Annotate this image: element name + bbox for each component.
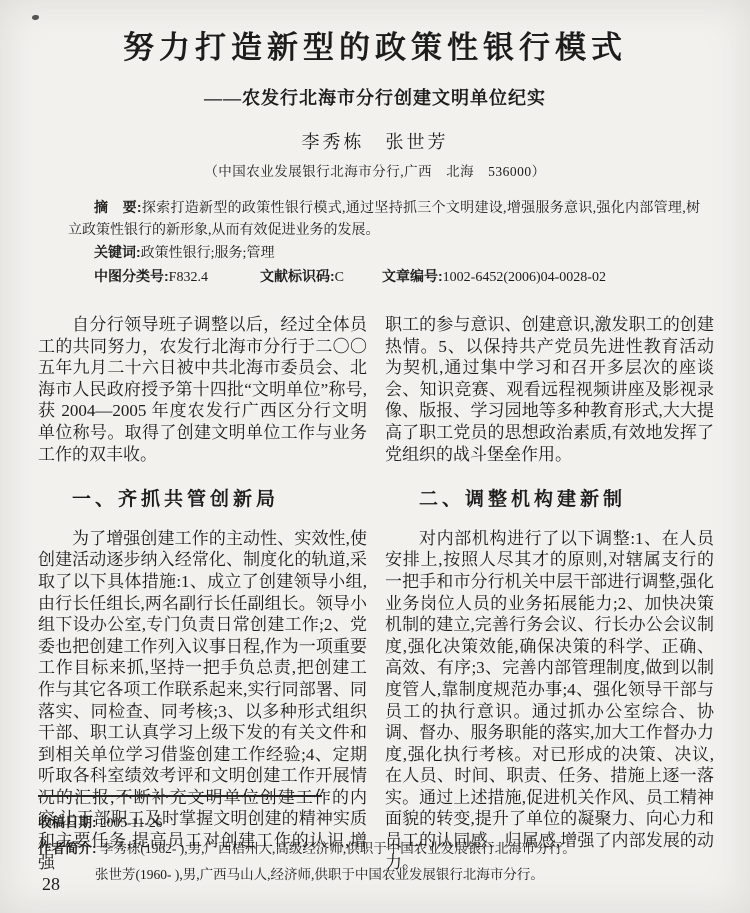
footnote-block: 收稿日期: 2005-11-26 作者简介: 李秀栋(1962- ),男,广西梧… — [38, 810, 698, 888]
scan-speck — [32, 15, 39, 20]
article-no-label: 文章编号: — [382, 268, 443, 284]
received-date-label: 收稿日期: — [38, 815, 97, 830]
doc-code-value: C — [335, 270, 344, 285]
received-date-line: 收稿日期: 2005-11-26 — [38, 810, 698, 836]
author-bio-line-2: 张世芳(1960- ),男,广西马山人,经济师,供职于中国农业发展银行北海市分行… — [38, 862, 698, 888]
author-bio-text-1: 李秀栋(1962- ),男,广西梧州人,高级经济师,供职于中国农业发展银行北海市… — [100, 841, 576, 856]
author-affiliation: （中国农业发展银行北海市分行,广西 北海 536000） — [0, 160, 750, 180]
keywords-label: 关键词: — [94, 244, 141, 260]
keywords-text: 政策性银行;服务;管理 — [141, 246, 275, 261]
page-title: 努力打造新型的政策性银行模式 — [0, 22, 750, 67]
abstract-paragraph: 摘 要:探索打造新型的政策性银行模式,通过坚持抓三个文明建设,增强服务意识,强化… — [68, 197, 700, 241]
article-no-value: 1002-6452(2006)04-0028-02 — [443, 270, 606, 285]
doc-code-label: 文献标识码: — [260, 268, 335, 284]
clc-label: 中图分类号: — [94, 268, 169, 284]
abstract-label: 摘 要: — [94, 199, 142, 215]
author-bio-line-1: 作者简介: 李秀栋(1962- ),男,广西梧州人,高级经济师,供职于中国农业发… — [38, 836, 698, 862]
author-names: 李秀栋 张世芳 — [0, 128, 750, 154]
article-meta-block: 摘 要:探索打造新型的政策性银行模式,通过坚持抓三个文明建设,增强服务意识,强化… — [68, 197, 700, 288]
author-bio-label: 作者简介: — [38, 841, 97, 856]
author-bio-text-2: 张世芳(1960- ),男,广西马山人,经济师,供职于中国农业发展银行北海市分行… — [95, 867, 544, 882]
right-column: 职工的参与意识、创建意识,激发职工的创建热情。5、以保持共产党员先进性教育活动为… — [385, 314, 714, 873]
article-body: 自分行领导班子调整以后，经过全体员工的共同努力，农发行北海市分行于二〇〇五年九月… — [38, 314, 714, 873]
received-date-value: 2005-11-26 — [100, 815, 163, 830]
abstract-text: 探索打造新型的政策性银行模式,通过坚持抓三个文明建设,增强服务意识,强化内部管理… — [68, 201, 700, 238]
keywords-line: 关键词:政策性银行;服务;管理 — [68, 242, 700, 265]
article-page: 努力打造新型的政策性银行模式 ——农发行北海市分行创建文明单位纪实 李秀栋 张世… — [0, 0, 750, 913]
section-heading-2: 二、调整机构建新制 — [385, 489, 714, 511]
intro-paragraph: 自分行领导班子调整以后，经过全体员工的共同努力，农发行北海市分行于二〇〇五年九月… — [38, 314, 367, 465]
footnote-divider — [38, 795, 322, 797]
clc-value: F832.4 — [169, 270, 208, 285]
left-column: 自分行领导班子调整以后，经过全体员工的共同努力，农发行北海市分行于二〇〇五年九月… — [38, 314, 367, 873]
classification-line: 中图分类号:F832.4文献标识码:C文章编号:1002-6452(2006)0… — [68, 266, 700, 289]
section-1-paragraph-continued: 职工的参与意识、创建意识,激发职工的创建热情。5、以保持共产党员先进性教育活动为… — [385, 314, 714, 465]
page-number: 28 — [42, 874, 60, 895]
section-heading-1: 一、齐抓共管创新局 — [38, 489, 367, 511]
page-subtitle: ——农发行北海市分行创建文明单位纪实 — [0, 84, 750, 110]
